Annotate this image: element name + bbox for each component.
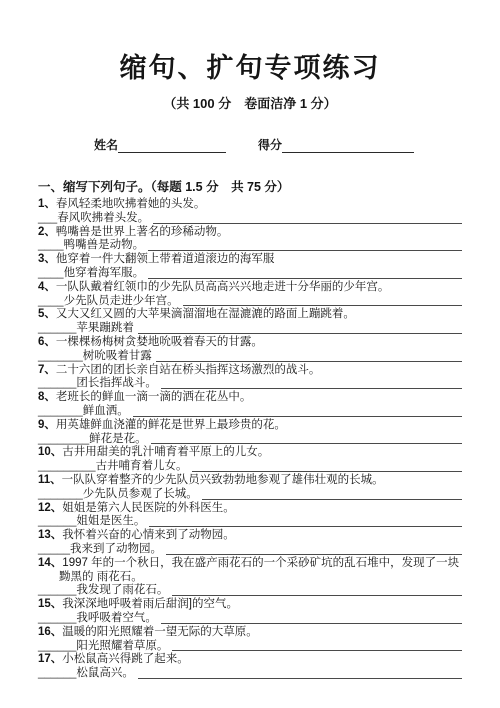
answer-tail-line[interactable] [138,667,462,679]
answer-text: 他穿着海军服。 [64,267,145,281]
answer-line[interactable]: ______苹果蹦跳着 [38,322,462,336]
question-number: 15、 [38,598,62,610]
question-text: 用英雄鲜血浇灌的鲜花是世界上最珍贵的花。 [56,419,286,431]
question-item: 16、温暖的阳光照耀着一望无际的大草原。 ______阳光照耀着草原。 [38,626,462,654]
question-number: 16、 [38,626,62,638]
question-text: 小松鼠高兴得跳了起来。 [62,653,189,665]
answer-line[interactable]: ________鲜花是花。 [38,433,462,447]
question-text-line: 3、他穿着一件大翻领上带着道道滚边的海军服 [38,253,462,267]
question-item: 2、鸭嘴兽是世界上著名的珍稀动物。 ____鸭嘴兽是动物。 [38,226,462,254]
answer-lead-line: ______ [38,377,76,391]
name-score-row: 姓名 得分 [94,136,462,153]
answer-line[interactable]: ______松鼠高兴。 [38,667,462,681]
question-number: 5、 [38,308,56,320]
answer-tail-line[interactable] [148,267,462,279]
question-text-line: 16、温暖的阳光照耀着一望无际的大草原。 [38,626,462,640]
question-text-line: 17、小松鼠高兴得跳了起来。 [38,653,462,667]
question-text-line: 2、鸭嘴兽是世界上著名的珍稀动物。 [38,226,462,240]
answer-text: 春风吹拂着头发。 [57,212,149,226]
answer-line[interactable]: ____他穿着海军服。 [38,267,462,281]
question-number: 8、 [38,391,56,403]
answer-line[interactable]: _______鲜血洒。 [38,405,462,419]
answer-lead-line: ______ [38,322,76,336]
answer-lead-line: _____ [38,543,70,557]
answer-lead-line: ________ [38,433,89,447]
answer-text: 苹果蹦跳着 [76,322,134,336]
question-item: 6、一棵棵杨梅树贪婪地吮吸着春天的甘露。 _______树吮吸着甘露 [38,336,462,364]
answer-line[interactable]: _____我来到了动物园。 [38,543,462,557]
question-item: 7、二十六团的团长亲自站在桥头指挥这场激烈的战斗。 ______团长指挥战斗。 [38,364,462,392]
question-item: 17、小松鼠高兴得跳了起来。 ______松鼠高兴。 [38,653,462,681]
answer-text: 团长指挥战斗。 [76,377,157,391]
question-item: 10、古井用甜美的乳汁哺育着平原上的儿女。 _________古井哺育着儿女。 [38,446,462,474]
question-item: 5、又大又红又圆的大苹果滴溜溜地在湿漉漉的路面上蹦跳着。 ______苹果蹦跳着 [38,308,462,336]
answer-line[interactable]: ______我发现了雨花石。 [38,584,462,598]
answer-text: 松鼠高兴。 [76,667,134,681]
answer-line[interactable]: _______树吮吸着甘露 [38,350,462,364]
answer-tail-line[interactable] [148,239,462,251]
question-text: 又大又红又圆的大苹果滴溜溜地在湿漉漉的路面上蹦跳着。 [56,308,355,320]
answer-line[interactable]: ______我呼吸着空气。 [38,612,462,626]
answer-lead-line: ______ [38,640,76,654]
answer-tail-line[interactable] [161,612,462,624]
question-number: 7、 [38,364,56,376]
question-item: 14、1997 年的一个秋日，我在盛产雨花石的一个采砂矿坑的乱石堆中，发现了一块… [38,557,462,598]
question-number: 3、 [38,253,56,265]
answer-tail-line[interactable] [151,433,462,445]
question-number: 13、 [38,529,62,541]
question-number: 9、 [38,419,56,431]
question-number: 11、 [38,474,62,486]
question-text-line: 13、我怀着兴奋的心情来到了动物园。 [38,529,462,543]
question-text: 一队队戴着红领巾的少先队员高高兴兴地走进十分华丽的少年宫。 [56,281,390,293]
subtitle: （共 100 分 卷面洁净 1 分） [38,93,462,112]
answer-tail-line[interactable] [149,515,462,527]
answer-text: 我发现了雨花石。 [76,584,168,598]
answer-tail-line[interactable] [153,212,462,224]
question-text: 一队队穿着整齐的少先队员兴致勃勃地参观了雄伟壮观的长城。 [62,474,384,486]
answer-text: 我来到了动物园。 [70,543,162,557]
worksheet-page: 缩句、扩句专项练习 （共 100 分 卷面洁净 1 分） 姓名 得分 一、缩写下… [0,0,500,708]
answer-text: 鲜花是花。 [89,433,147,447]
answer-text: 鲜血洒。 [83,405,129,419]
question-text: 一棵棵杨梅树贪婪地吮吸着春天的甘露。 [56,336,263,348]
answer-lead-line: ______ [38,515,76,529]
question-item: 9、用英雄鲜血浇灌的鲜花是世界上最珍贵的花。 ________鲜花是花。 [38,419,462,447]
question-text: 我怀着兴奋的心情来到了动物园。 [62,529,235,541]
question-number: 17、 [38,653,62,665]
answer-lead-line: ______ [38,667,76,681]
question-text: 姐姐是第六人民医院的外科医生。 [62,502,235,514]
answer-line[interactable]: ___春风吹拂着头发。 [38,212,462,226]
question-number: 1、 [38,198,56,210]
answer-tail-line[interactable] [133,405,462,417]
question-text-line: 4、一队队戴着红领巾的少先队员高高兴兴地走进十分华丽的少年宫。 [38,281,462,295]
question-text-line: 8、老班长的鲜血一滴一滴的洒在花丛中。 [38,391,462,405]
question-number: 4、 [38,281,56,293]
question-text: 1997 年的一个秋日，我在盛产雨花石的一个采砂矿坑的乱石堆中，发现了一块黝黑的… [59,557,459,583]
answer-lead-line: ___ [38,212,57,226]
question-item: 11、一队队穿着整齐的少先队员兴致勃勃地参观了雄伟壮观的长城。 _______少… [38,474,462,502]
name-blank-field[interactable] [118,139,226,153]
question-text: 春风轻柔地吹拂着她的头发。 [56,198,206,210]
question-list: 1、春风轻柔地吹拂着她的头发。 ___春风吹拂着头发。 2、鸭嘴兽是世界上著名的… [38,198,462,681]
question-text-line: 1、春风轻柔地吹拂着她的头发。 [38,198,462,212]
answer-lead-line: _______ [38,488,83,502]
answer-tail-line[interactable] [138,322,462,334]
answer-line[interactable]: ______阳光照耀着草原。 [38,640,462,654]
question-item: 1、春风轻柔地吹拂着她的头发。 ___春风吹拂着头发。 [38,198,462,226]
answer-text: 少先队员参观了长城。 [83,488,198,502]
question-number: 12、 [38,502,62,514]
question-text: 古井用甜美的乳汁哺育着平原上的儿女。 [62,446,269,458]
answer-line[interactable]: ____鸭嘴兽是动物。 [38,239,462,253]
question-text-line: 5、又大又红又圆的大苹果滴溜溜地在湿漉漉的路面上蹦跳着。 [38,308,462,322]
answer-lead-line: ______ [38,612,76,626]
question-text-line: 9、用英雄鲜血浇灌的鲜花是世界上最珍贵的花。 [38,419,462,433]
question-text-line: 7、二十六团的团长亲自站在桥头指挥这场激烈的战斗。 [38,364,462,378]
answer-line[interactable]: ______姐姐是医生。 [38,515,462,529]
question-number: 6、 [38,336,56,348]
answer-tail-line[interactable] [183,295,462,307]
answer-line[interactable]: _______少先队员参观了长城。 [38,488,462,502]
answer-text: 阳光照耀着草原。 [76,640,168,654]
score-label: 得分 [258,136,282,153]
answer-lead-line: ____ [38,267,64,281]
answer-tail-line[interactable] [202,488,462,500]
answer-tail-line[interactable] [166,543,462,555]
answer-lead-line: ____ [38,295,64,309]
question-text: 老班长的鲜血一滴一滴的洒在花丛中。 [56,391,252,403]
answer-text: 树吮吸着甘露 [83,350,152,364]
question-text: 二十六团的团长亲自站在桥头指挥这场激烈的战斗。 [56,364,321,376]
answer-line[interactable]: ____少先队员走进少年宫。 [38,295,462,309]
answer-line[interactable]: ______团长指挥战斗。 [38,377,462,391]
score-blank-field[interactable] [282,139,414,153]
question-item: 13、我怀着兴奋的心情来到了动物园。 _____我来到了动物园。 [38,529,462,557]
question-text: 他穿着一件大翻领上带着道道滚边的海军服 [56,253,275,265]
question-text-line: 11、一队队穿着整齐的少先队员兴致勃勃地参观了雄伟壮观的长城。 [38,474,462,488]
page-title: 缩句、扩句专项练习 [38,46,462,85]
question-number: 2、 [38,226,56,238]
question-text-line: 15、我深深地呼吸着雨后甜润]的空气。 [38,598,462,612]
answer-text: 姐姐是医生。 [76,515,145,529]
section-heading: 一、缩写下列句子。（每题 1.5 分 共 75 分） [38,177,462,195]
answer-tail-line[interactable] [192,460,462,472]
question-item: 15、我深深地呼吸着雨后甜润]的空气。 ______我呼吸着空气。 [38,598,462,626]
name-label: 姓名 [94,136,118,153]
answer-lead-line: _______ [38,350,83,364]
answer-lead-line: _______ [38,405,83,419]
question-text-line: 10、古井用甜美的乳汁哺育着平原上的儿女。 [38,446,462,460]
question-text-line: 6、一棵棵杨梅树贪婪地吮吸着春天的甘露。 [38,336,462,350]
answer-tail-line[interactable] [156,350,462,362]
question-number: 14、 [38,557,62,569]
question-item: 4、一队队戴着红领巾的少先队员高高兴兴地走进十分华丽的少年宫。 ____少先队员… [38,281,462,309]
answer-tail-line[interactable] [172,640,462,652]
question-text-line: 14、1997 年的一个秋日，我在盛产雨花石的一个采砂矿坑的乱石堆中，发现了一块… [38,557,462,585]
question-text: 我深深地呼吸着雨后甜润]的空气。 [62,598,238,610]
answer-lead-line: _________ [38,460,96,474]
answer-text: 少先队员走进少年宫。 [64,295,179,309]
question-item: 8、老班长的鲜血一滴一滴的洒在花丛中。 _______鲜血洒。 [38,391,462,419]
answer-tail-line[interactable] [161,377,462,389]
answer-line[interactable]: _________古井哺育着儿女。 [38,460,462,474]
question-text-line: 12、姐姐是第六人民医院的外科医生。 [38,502,462,516]
answer-tail-line[interactable] [172,584,462,596]
answer-lead-line: ______ [38,584,76,598]
answer-text: 我呼吸着空气。 [76,612,157,626]
question-text: 温暖的阳光照耀着一望无际的大草原。 [62,626,258,638]
question-item: 12、姐姐是第六人民医院的外科医生。 ______姐姐是医生。 [38,502,462,530]
question-text: 鸭嘴兽是世界上著名的珍稀动物。 [56,226,229,238]
question-item: 3、他穿着一件大翻领上带着道道滚边的海军服 ____他穿着海军服。 [38,253,462,281]
answer-text: 古井哺育着儿女。 [96,460,188,474]
answer-lead-line: ____ [38,239,64,253]
question-number: 10、 [38,446,62,458]
answer-text: 鸭嘴兽是动物。 [64,239,145,253]
